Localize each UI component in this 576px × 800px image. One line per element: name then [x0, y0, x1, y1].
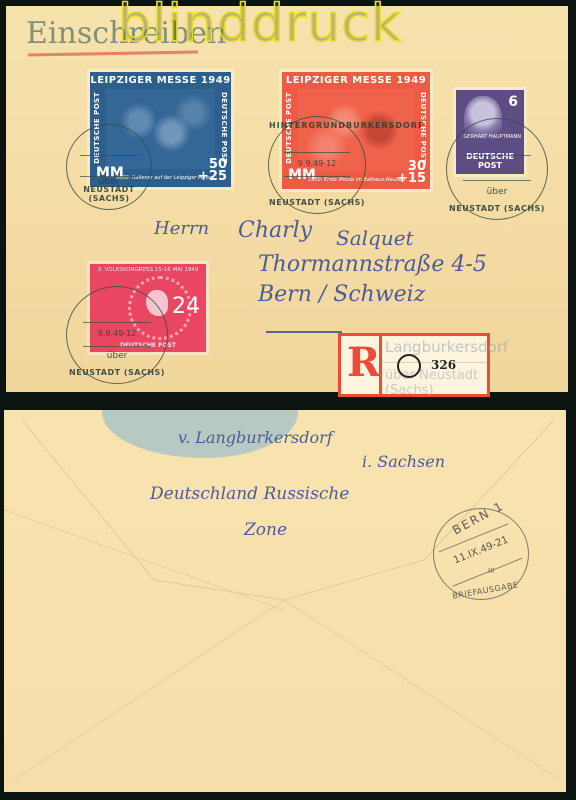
postmark-bars — [80, 155, 137, 177]
address-last-name: Salquet — [336, 226, 414, 250]
address-salutation: Herrn — [154, 218, 209, 239]
envelope-front: Einschreiben LEIPZIGER MESSE 1949 DEUTSC… — [6, 6, 568, 392]
stamp-title: 3. VOLKSKONGRESS 15-16 MAI 1949 — [90, 267, 206, 273]
stamp-title: LEIPZIGER MESSE 1949 — [90, 75, 231, 86]
postmark-cancel: HINTERGRUNDBURKERSDORF 9.9.49-12 NEUSTAD… — [268, 116, 366, 214]
postmark-bars — [463, 155, 531, 181]
sender-line-1: v. Langburkersdorf — [178, 428, 333, 447]
envelope-flap-lines — [4, 410, 566, 792]
address-street: Thormannstraße 4-5 — [258, 252, 487, 277]
sender-line-2: i. Sachsen — [362, 452, 445, 471]
stamp-value: 50+25 — [198, 159, 227, 183]
postmark-cancel: 9.9.49-12 über NEUSTADT (SACHS) — [66, 286, 168, 384]
registration-place: Langburkersdorf — [385, 338, 508, 356]
registration-letter: R — [347, 340, 380, 386]
postmark-via: über — [67, 351, 167, 361]
circle-icon — [397, 354, 421, 378]
stamp-side-text: DEUTSCHE POST — [220, 92, 228, 164]
envelope-back — [4, 410, 566, 792]
address-first-name: Charly — [238, 218, 312, 243]
stamp-value: 24 — [172, 294, 200, 319]
registration-label: R Langburkersdorf über Neustadt (Sachs) … — [338, 333, 490, 397]
arrival-postmark-code: III — [488, 567, 494, 575]
postmark-date: 9.9.49-12 — [67, 329, 167, 338]
stamp-value: 6 — [508, 94, 518, 110]
registration-number: 326 — [431, 358, 456, 372]
address-city: Bern / Schweiz — [258, 282, 425, 307]
postmark-top-text: HINTERGRUNDBURKERSDORF — [269, 121, 365, 130]
stamp-surcharge: +15 — [397, 171, 426, 186]
postmark-bottom-text: NEUSTADT (SACHS) — [67, 368, 167, 377]
stamp-surcharge: +25 — [198, 169, 227, 184]
postmark-via: über — [447, 187, 547, 197]
postmark-cancel: über NEUSTADT (SACHS) — [446, 118, 548, 220]
stamp-title: LEIPZIGER MESSE 1949 — [282, 75, 430, 86]
postmark-date: 9.9.49-12 — [269, 159, 365, 168]
stamp-value: 30+15 — [397, 161, 426, 185]
address-underline — [266, 331, 342, 333]
postmark-cancel: über NEUSTADT (SACHS) — [66, 124, 152, 210]
postmark-bottom-text: NEUSTADT (SACHS) — [67, 185, 151, 203]
bern-arrival-postmark: BERN 1 11.IX.49-21 III BRIEFAUSGABE — [433, 508, 529, 600]
postmark-bottom-text: NEUSTADT (SACHS) — [447, 204, 547, 213]
sender-line-3: Deutschland Russische — [150, 484, 349, 504]
postmark-bottom-text: NEUSTADT (SACHS) — [269, 198, 365, 207]
sender-line-4: Zone — [244, 520, 287, 540]
blinddruck-watermark: blinddruck — [118, 0, 402, 54]
